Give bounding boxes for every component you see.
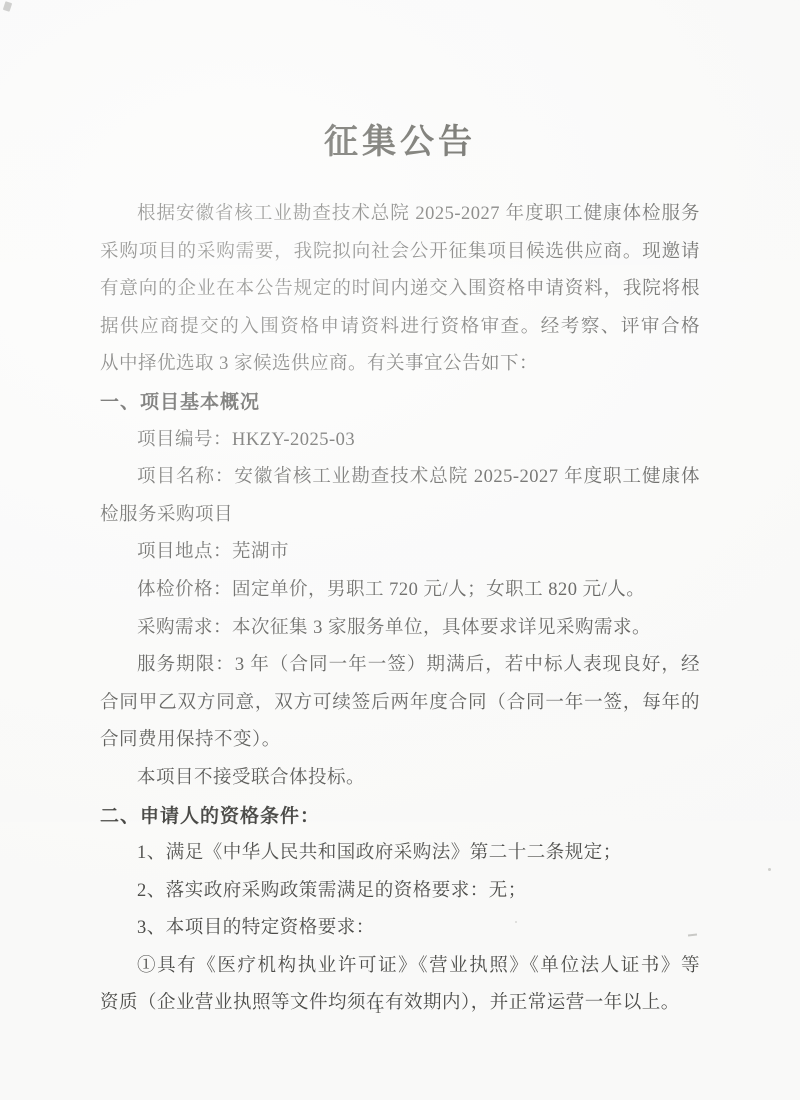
text-line: 项目地点：芜湖市 [100, 534, 700, 572]
text-line: 采购需求：本次征集 3 家服务单位，具体要求详见采购需求。 [100, 610, 700, 648]
text-line: 本项目不接受联合体投标。 [100, 760, 700, 798]
section-heading: 二、申请人的资格条件： [100, 798, 700, 836]
text-line: 3、本项目的特定资格要求： [100, 910, 700, 948]
text-line: 体检价格：固定单价，男职工 720 元/人；女职工 820 元/人。 [100, 572, 700, 610]
text-line: 合同费用保持不变）。 [100, 722, 700, 760]
text-line: 检服务采购项目 [100, 497, 700, 535]
text-line: 据供应商提交的入围资格申请资料进行资格审查。经考察、评审合格后， [100, 309, 700, 347]
document-title: 征集公告 [0, 114, 800, 163]
text-line: 2、落实政府采购政策需满足的资格要求：无； [100, 873, 700, 911]
text-line: 有意向的企业在本公告规定的时间内递交入围资格申请资料，我院将根 [100, 271, 700, 309]
text-line: 资质（企业营业执照等文件均须在有效期内），并正常运营一年以上。 [100, 985, 700, 1023]
text-line: 项目编号：HKZY-2025-03 [100, 422, 700, 460]
document-page: 征集公告 根据安徽省核工业勘查技术总院 2025-2027 年度职工健康体检服务… [0, 0, 800, 1100]
text-line: 从中择优选取 3 家候选供应商。有关事宜公告如下： [100, 346, 700, 384]
text-line: ①具有《医疗机构执业许可证》《营业执照》《单位法人证书》等 [100, 948, 700, 986]
scan-artifact [3, 1, 12, 12]
text-line: 服务期限：3 年（合同一年一签）期满后，若中标人表现良好，经 [100, 647, 700, 685]
document-body: 根据安徽省核工业勘查技术总院 2025-2027 年度职工健康体检服务采购项目的… [100, 196, 700, 1023]
text-line: 项目名称：安徽省核工业勘查技术总院 2025-2027 年度职工健康体 [100, 459, 700, 497]
scan-artifact [768, 868, 771, 871]
page-number: 1 [368, 1002, 388, 1018]
text-line: 采购项目的采购需要，我院拟向社会公开征集项目候选供应商。现邀请 [100, 234, 700, 272]
text-line: 合同甲乙双方同意，双方可续签后两年度合同（合同一年一签，每年的 [100, 685, 700, 723]
section-heading: 一、项目基本概况 [100, 384, 700, 422]
text-line: 1、满足《中华人民共和国政府采购法》第二十二条规定； [100, 835, 700, 873]
text-line: 根据安徽省核工业勘查技术总院 2025-2027 年度职工健康体检服务 [100, 196, 700, 234]
